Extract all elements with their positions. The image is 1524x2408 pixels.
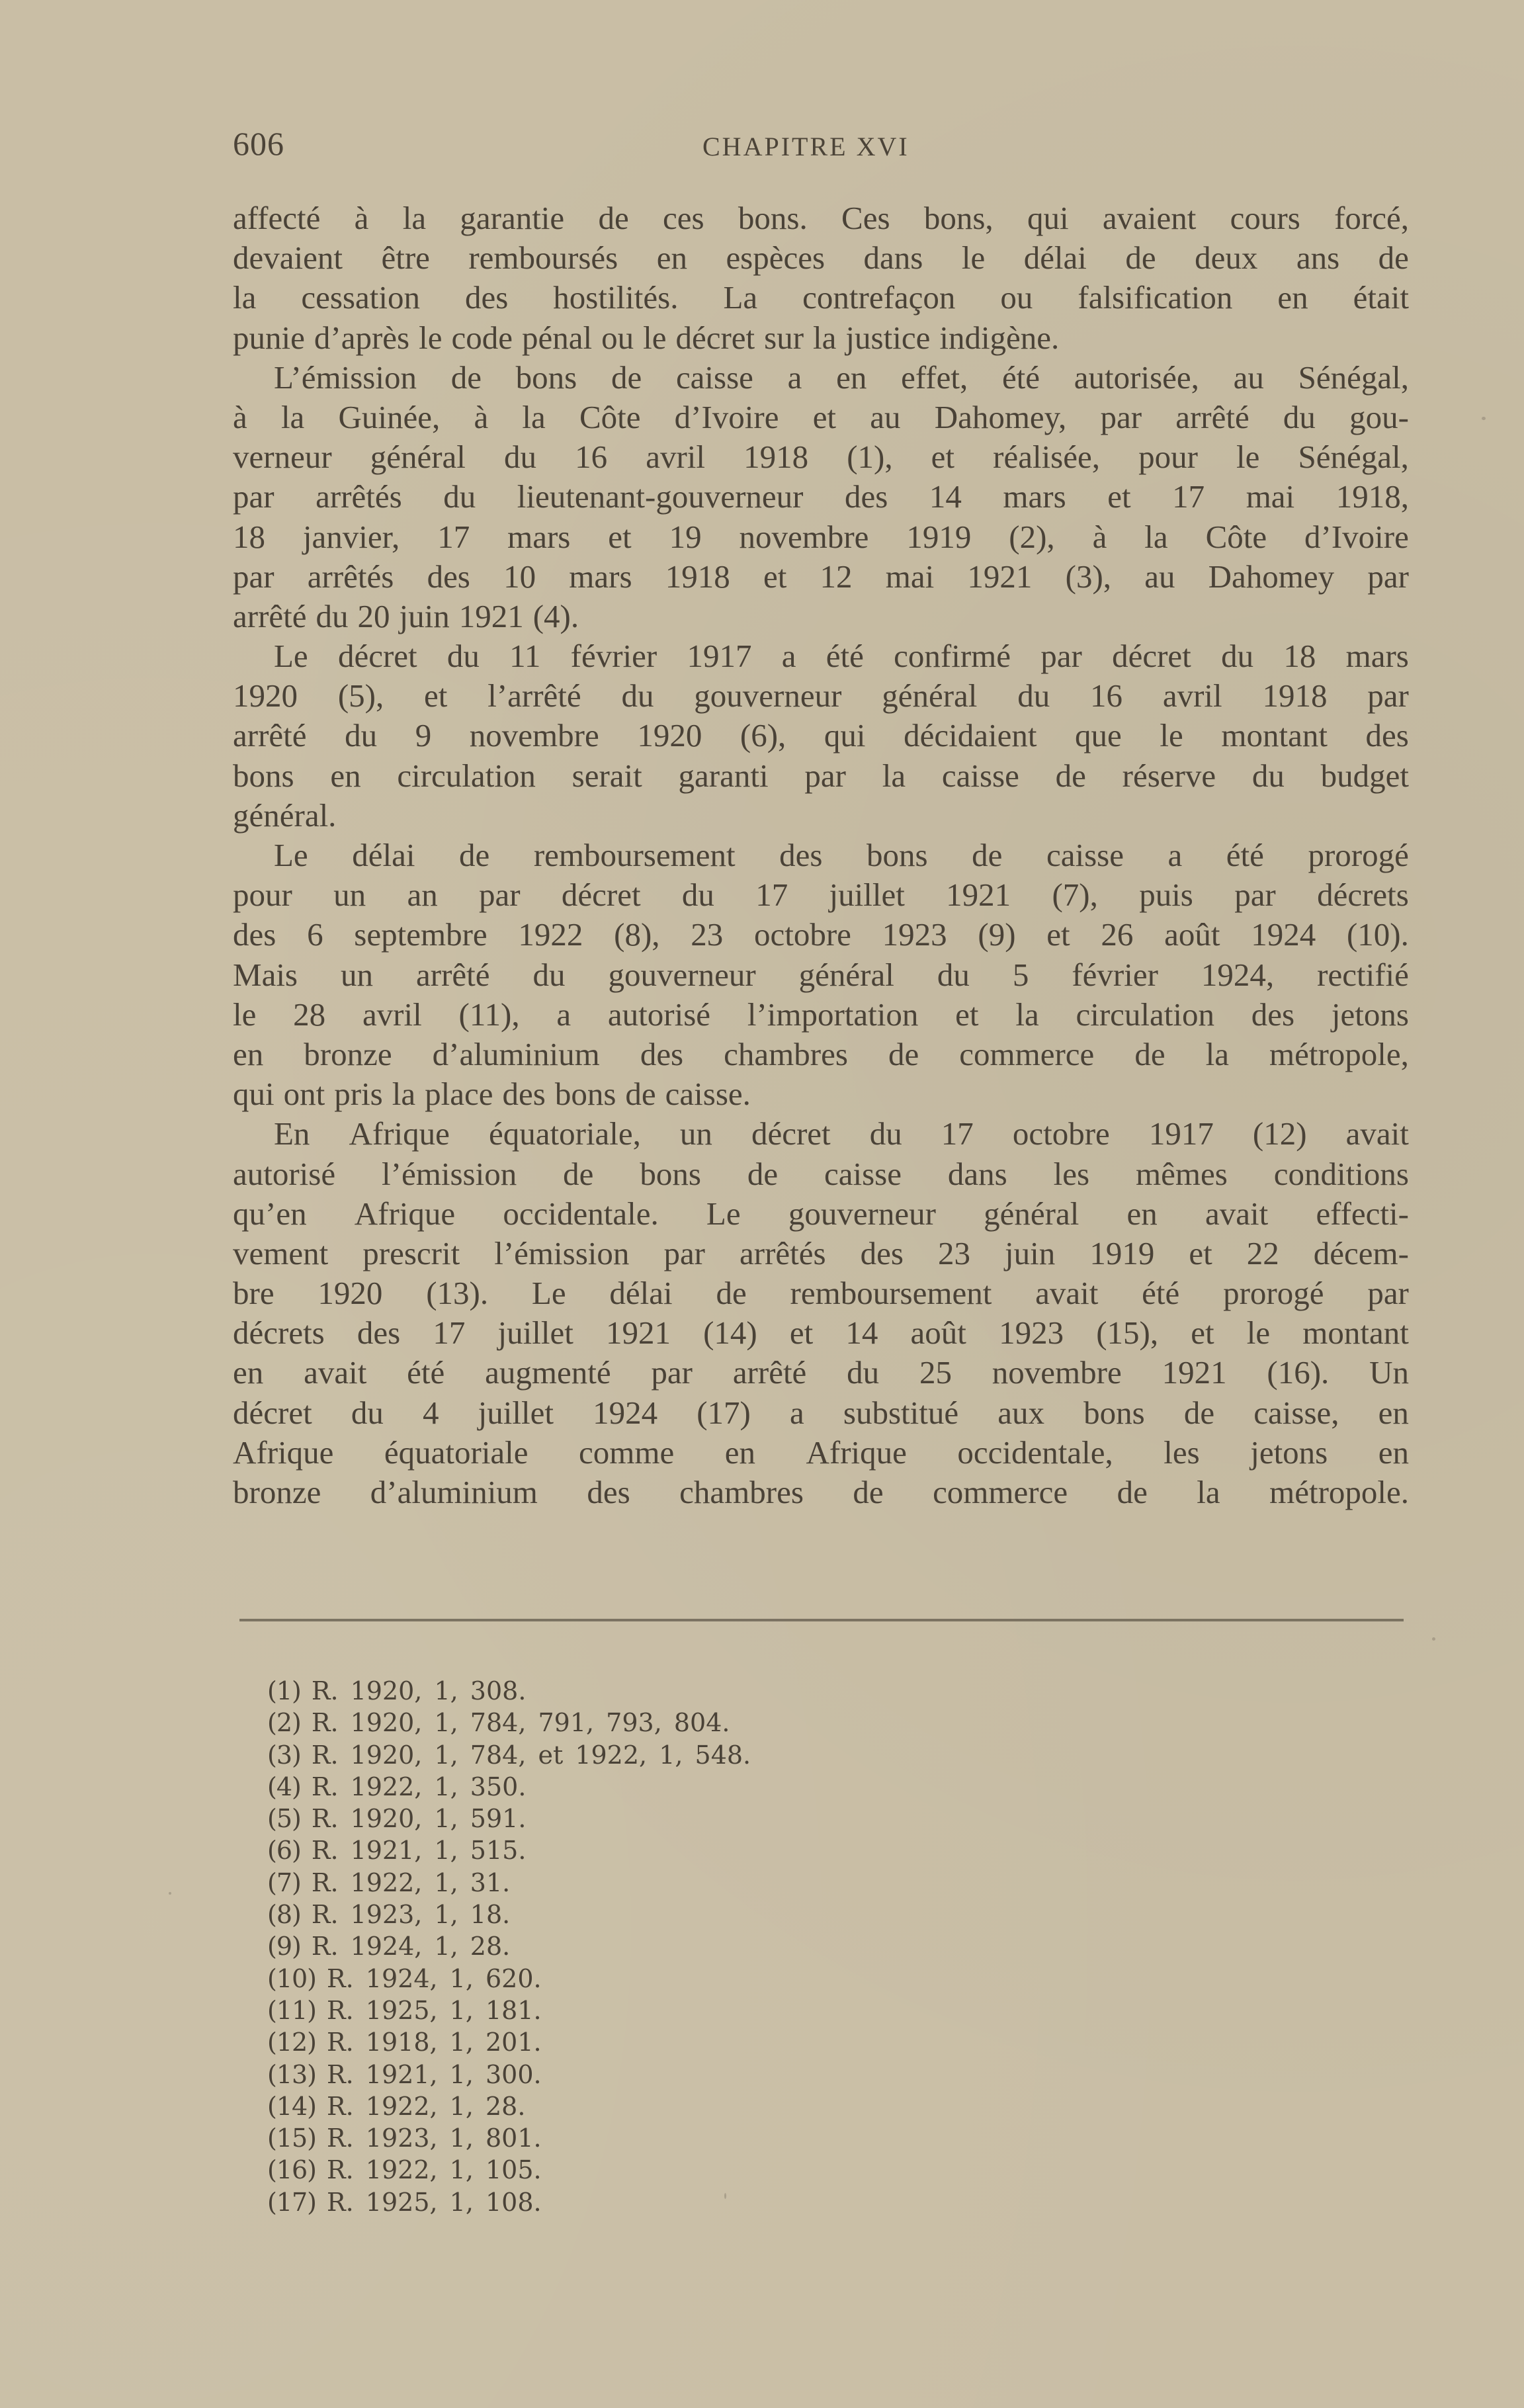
footnote: (2)R. 1920, 1, 784, 791, 793, 804. bbox=[267, 1707, 751, 1739]
text-line: pararrêtésdulieutenant-gouverneurdes14ma… bbox=[233, 477, 1409, 517]
word: la bbox=[403, 198, 426, 238]
running-head: 606 CHAPITRE XVI bbox=[233, 124, 1408, 164]
word: gouverneur bbox=[694, 676, 841, 716]
word: par bbox=[1040, 636, 1082, 676]
text-line: enavaitétéaugmentépararrêtédu25novembre1… bbox=[233, 1353, 1409, 1393]
word: jetons bbox=[1250, 1433, 1328, 1473]
word: décidaient bbox=[904, 716, 1037, 755]
word: juin bbox=[1005, 1234, 1055, 1273]
word: la bbox=[1206, 1035, 1229, 1074]
word: jetons bbox=[1332, 995, 1409, 1035]
text-line: Ledélaideremboursementdesbonsdecaisseaét… bbox=[233, 836, 1409, 875]
word: novembre bbox=[740, 517, 869, 557]
word: métropole, bbox=[1269, 1035, 1409, 1074]
word: Dahomey bbox=[1208, 557, 1335, 597]
word: arrêtés bbox=[740, 1234, 826, 1273]
word: avait bbox=[304, 1353, 366, 1393]
word: mai bbox=[886, 557, 934, 597]
word: 16 bbox=[575, 437, 607, 477]
word: des bbox=[779, 836, 822, 875]
text-line: pourunanpardécretdu17juillet1921(7),puis… bbox=[233, 875, 1409, 915]
footnote-reference: R. 1921, 1, 515. bbox=[312, 1834, 527, 1866]
word: le bbox=[1236, 437, 1259, 477]
word: gouverneur bbox=[609, 955, 756, 995]
word: du bbox=[351, 1393, 384, 1433]
word: 9 bbox=[415, 716, 432, 755]
word: chambres bbox=[724, 1035, 848, 1074]
word: du bbox=[870, 1114, 902, 1154]
word: été bbox=[407, 1353, 444, 1393]
word: délai bbox=[609, 1273, 672, 1313]
word: d’Ivoire bbox=[1304, 517, 1409, 557]
text-line: àlaGuinée,àlaCôted’IvoireetauDahomey,par… bbox=[233, 398, 1409, 437]
word: du bbox=[504, 437, 536, 477]
text-line: le28avril(11),aautorisél’importationetla… bbox=[233, 995, 1409, 1035]
chapter-title: CHAPITRE XVI bbox=[702, 131, 910, 162]
footnote-reference: R. 1921, 1, 300. bbox=[327, 2059, 542, 2090]
word: bons. bbox=[738, 198, 808, 238]
word: métropole. bbox=[1269, 1473, 1409, 1512]
word: 1919 bbox=[1089, 1234, 1154, 1273]
word: affecté bbox=[233, 198, 320, 238]
word: puis bbox=[1139, 875, 1193, 915]
word: un bbox=[333, 875, 366, 915]
word: Afrique bbox=[349, 1114, 450, 1154]
text-line: bre1920(13).Ledélaideremboursementavaité… bbox=[233, 1273, 1409, 1313]
word: réserve bbox=[1122, 756, 1216, 796]
text-line: bronzed’aluminiumdeschambresdecommercede… bbox=[233, 1473, 1409, 1512]
word: qu’en bbox=[233, 1194, 307, 1234]
footnote: (17)R. 1925, 1, 108. bbox=[267, 2186, 751, 2218]
text-line: 1920(5),etl’arrêtédugouverneurgénéraldu1… bbox=[233, 676, 1409, 716]
word: du bbox=[847, 1353, 879, 1393]
word: qui bbox=[233, 1074, 275, 1114]
word: bons bbox=[867, 836, 928, 875]
word: 1923 bbox=[882, 915, 947, 955]
footnote-reference: R. 1920, 1, 784, 791, 793, 804. bbox=[312, 1707, 730, 1739]
word: janvier, bbox=[303, 517, 400, 557]
word: Côte bbox=[1206, 517, 1267, 557]
word: d’aluminium bbox=[370, 1473, 538, 1512]
word: 6 bbox=[307, 915, 323, 955]
word: 12 bbox=[820, 557, 853, 597]
word: effet, bbox=[901, 358, 968, 398]
word: prescrit bbox=[362, 1234, 460, 1273]
footnote: (5)R. 1920, 1, 591. bbox=[267, 1803, 751, 1834]
word: contrefaçon bbox=[802, 278, 955, 318]
word: la bbox=[392, 1074, 415, 1114]
footnote-reference: R. 1922, 1, 105. bbox=[327, 2154, 542, 2186]
word: par bbox=[1367, 557, 1409, 597]
footnote-number: (10) bbox=[267, 1963, 316, 1995]
word: la bbox=[281, 398, 304, 437]
footnote-number: (3) bbox=[267, 1739, 301, 1771]
word: gouverneur bbox=[788, 1194, 936, 1234]
word: octobre bbox=[1013, 1114, 1110, 1154]
footnote-reference: R. 1922, 1, 28. bbox=[327, 2090, 525, 2122]
text-line: 18janvier,17marset19novembre1919(2),àlaC… bbox=[233, 517, 1409, 557]
word: en bbox=[233, 1035, 263, 1074]
word: en bbox=[233, 1353, 263, 1393]
word: 14 bbox=[845, 1313, 878, 1353]
word: (1), bbox=[847, 437, 892, 477]
word: en bbox=[1378, 1433, 1409, 1473]
word: de bbox=[598, 198, 628, 238]
word: du bbox=[345, 716, 377, 755]
word: avaient bbox=[1103, 198, 1196, 238]
word: autorisé bbox=[233, 1154, 335, 1194]
text-line: qu’enAfriqueoccidentale.Legouverneurgéné… bbox=[233, 1194, 1409, 1234]
word: décrets bbox=[1317, 875, 1409, 915]
footnote-number: (13) bbox=[267, 2059, 316, 2090]
word: pour bbox=[233, 875, 292, 915]
word: avril bbox=[362, 995, 422, 1035]
word: pour bbox=[1138, 437, 1198, 477]
word: été bbox=[1002, 358, 1040, 398]
word: 17 bbox=[433, 1313, 465, 1353]
word: occidentale, bbox=[957, 1433, 1113, 1473]
word: 11 bbox=[509, 636, 540, 676]
word: qui bbox=[824, 716, 866, 755]
word: 18 bbox=[1283, 636, 1316, 676]
word: effecti- bbox=[1316, 1194, 1409, 1234]
word: décret bbox=[751, 1114, 831, 1154]
word: arrêté bbox=[416, 955, 490, 995]
word: avait bbox=[1205, 1194, 1268, 1234]
word: 16 bbox=[1090, 676, 1122, 716]
word: décret bbox=[1112, 636, 1191, 676]
word: des bbox=[465, 278, 508, 318]
word: par bbox=[1234, 875, 1276, 915]
word: caisse bbox=[676, 358, 753, 398]
word: octobre bbox=[754, 915, 851, 955]
word: de bbox=[1117, 1473, 1148, 1512]
word: le bbox=[233, 995, 256, 1035]
word: février bbox=[1072, 955, 1158, 995]
word: par bbox=[233, 477, 275, 517]
word: le bbox=[643, 318, 666, 358]
word: le bbox=[962, 238, 985, 278]
word: bons bbox=[640, 1154, 701, 1194]
word: des bbox=[1251, 995, 1294, 1035]
footnote-reference: R. 1920, 1, 591. bbox=[312, 1803, 527, 1834]
word: bons bbox=[516, 358, 577, 398]
text-line: L’émissiondebonsdecaisseaeneffet,étéauto… bbox=[233, 358, 1409, 398]
word: 22 bbox=[1247, 1234, 1279, 1273]
text-line: bonsencirculationseraitgarantiparlacaiss… bbox=[233, 756, 1409, 796]
word: de bbox=[716, 1273, 746, 1313]
word: la bbox=[1197, 1473, 1220, 1512]
word: et bbox=[1189, 1234, 1212, 1273]
page-number: 606 bbox=[233, 124, 284, 163]
word: 1917 bbox=[1149, 1114, 1214, 1154]
word: qui bbox=[1027, 198, 1069, 238]
word: général bbox=[984, 1194, 1079, 1234]
word: au bbox=[1234, 358, 1264, 398]
word: l’arrêté bbox=[487, 676, 581, 716]
word: chambres bbox=[679, 1473, 804, 1512]
word: arrêtés bbox=[308, 557, 394, 597]
word: et bbox=[1191, 1313, 1214, 1353]
word: 1921 bbox=[967, 557, 1032, 597]
word: décem- bbox=[1314, 1234, 1409, 1273]
word: d’après bbox=[314, 318, 409, 358]
word: Guinée, bbox=[339, 398, 441, 437]
word: ont bbox=[284, 1074, 325, 1114]
word: 1918 bbox=[665, 557, 730, 597]
word: par bbox=[233, 557, 275, 597]
word: de bbox=[459, 836, 489, 875]
footnote-divider bbox=[239, 1619, 1404, 1621]
word: (6), bbox=[740, 716, 786, 755]
word: indigène. bbox=[939, 318, 1059, 358]
word: et bbox=[1046, 915, 1070, 955]
word: les bbox=[1164, 1433, 1199, 1473]
footnote: (6)R. 1921, 1, 515. bbox=[267, 1834, 751, 1866]
word: Le bbox=[274, 836, 308, 875]
word: 26 bbox=[1101, 915, 1133, 955]
word: équatoriale, bbox=[489, 1114, 641, 1154]
word: des bbox=[357, 1313, 400, 1353]
word: arrêté bbox=[233, 597, 307, 636]
paper-speck bbox=[1432, 1637, 1435, 1641]
word: (2), bbox=[1009, 517, 1054, 557]
word: 1924 bbox=[1251, 915, 1316, 955]
text-line: affectéàlagarantiedecesbons.Cesbons,quia… bbox=[233, 198, 1409, 238]
word: ou bbox=[601, 318, 634, 358]
word: en bbox=[1378, 1393, 1409, 1433]
word: juillet bbox=[478, 1393, 554, 1433]
word: des bbox=[845, 477, 888, 517]
word: Ces bbox=[841, 198, 890, 238]
word: mars bbox=[507, 517, 570, 557]
word: Côte bbox=[579, 398, 641, 437]
word: caisse bbox=[1046, 836, 1124, 875]
word: 23 bbox=[691, 915, 723, 955]
word: garantie bbox=[460, 198, 564, 238]
word: (10). bbox=[1347, 915, 1409, 955]
word: L’émission bbox=[274, 358, 417, 398]
footnote-number: (8) bbox=[267, 1899, 301, 1930]
word: bronze bbox=[233, 1473, 321, 1512]
word: (12) bbox=[1253, 1114, 1307, 1154]
word: 1917 bbox=[687, 636, 751, 676]
word: (8), bbox=[614, 915, 659, 955]
word: remboursés bbox=[468, 238, 618, 278]
word: commerce bbox=[933, 1473, 1068, 1512]
word: (5), bbox=[338, 676, 384, 716]
word: et bbox=[608, 517, 631, 557]
word: dans bbox=[948, 1154, 1007, 1194]
word: de bbox=[747, 1154, 778, 1194]
text-line: quiontprislaplacedesbonsdecaisse. bbox=[233, 1074, 1409, 1114]
word: Afrique bbox=[806, 1433, 907, 1473]
word: circulation bbox=[1076, 995, 1214, 1035]
word: 19 bbox=[669, 517, 702, 557]
word: caisse, bbox=[1253, 1393, 1339, 1433]
word: autorisée, bbox=[1074, 358, 1199, 398]
word: par bbox=[804, 756, 846, 796]
word: 17 bbox=[437, 517, 470, 557]
body-text: affectéàlagarantiedecesbons.Cesbons,quia… bbox=[233, 198, 1409, 1512]
word: caisse bbox=[824, 1154, 902, 1194]
word: 10 bbox=[503, 557, 536, 597]
word: (15), bbox=[1096, 1313, 1158, 1353]
word: délai bbox=[352, 836, 415, 875]
word: général bbox=[882, 676, 977, 716]
word: 1918 bbox=[743, 437, 808, 477]
footnote: (13)R. 1921, 1, 300. bbox=[267, 2059, 751, 2090]
word: caisse bbox=[942, 756, 1019, 796]
text-line: arrêtédu20juin1921(4). bbox=[233, 597, 1409, 636]
word: remboursement bbox=[534, 836, 736, 875]
word: 20 bbox=[358, 597, 390, 636]
word: 14 bbox=[929, 477, 962, 517]
word: de bbox=[563, 1154, 593, 1194]
word: le bbox=[1247, 1313, 1270, 1353]
footnote-reference: R. 1924, 1, 28. bbox=[312, 1930, 510, 1962]
word: des bbox=[427, 557, 470, 597]
word: cours bbox=[1230, 198, 1300, 238]
word: augmenté bbox=[485, 1353, 611, 1393]
paper-speck bbox=[1482, 417, 1486, 420]
word: montant bbox=[1221, 716, 1328, 755]
text-line: lacessationdeshostilités.Lacontrefaçonou… bbox=[233, 278, 1409, 318]
word: à bbox=[474, 398, 488, 437]
word: en bbox=[1277, 278, 1308, 318]
word: aux bbox=[997, 1393, 1044, 1433]
word: du bbox=[316, 597, 349, 636]
text-line: verneurgénéraldu16avril1918(1),etréalisé… bbox=[233, 437, 1409, 477]
paper-speck bbox=[724, 2193, 726, 2199]
word: prorogé bbox=[1308, 836, 1408, 875]
word: des bbox=[587, 1473, 630, 1512]
word: mai bbox=[1246, 477, 1294, 517]
footnote-number: (9) bbox=[267, 1930, 301, 1962]
word: falsification bbox=[1078, 278, 1232, 318]
word: bons bbox=[555, 1074, 616, 1114]
paragraph: Ledélaideremboursementdesbonsdecaisseaét… bbox=[233, 836, 1409, 1114]
word: 17 bbox=[941, 1114, 974, 1154]
word: avait bbox=[1035, 1273, 1098, 1313]
word: par bbox=[1367, 1273, 1409, 1313]
word: En bbox=[274, 1114, 310, 1154]
word: été bbox=[826, 636, 864, 676]
word: bons bbox=[233, 756, 294, 796]
word: des bbox=[861, 1234, 904, 1273]
word: et bbox=[424, 676, 447, 716]
word: juillet bbox=[829, 875, 905, 915]
word: décret bbox=[338, 636, 417, 676]
word: Afrique bbox=[355, 1194, 455, 1234]
text-line: décretsdes17juillet1921(14)et14août1923(… bbox=[233, 1313, 1409, 1353]
word: Le bbox=[706, 1194, 741, 1234]
word: 1924, bbox=[1201, 955, 1274, 995]
footnote-number: (14) bbox=[267, 2090, 316, 2122]
word: remboursement bbox=[790, 1273, 992, 1313]
footnote-reference: R. 1922, 1, 31. bbox=[312, 1867, 510, 1899]
word: 1920 bbox=[317, 1273, 382, 1313]
word: rectifié bbox=[1317, 955, 1409, 995]
book-page: 606 CHAPITRE XVI affectéàlagarantiedeces… bbox=[0, 0, 1524, 2408]
word: pénal bbox=[522, 318, 592, 358]
text-line: des6septembre1922(8),23octobre1923(9)et2… bbox=[233, 915, 1409, 955]
word: été bbox=[1226, 836, 1264, 875]
word: juin bbox=[400, 597, 450, 636]
footnote: (12)R. 1918, 1, 201. bbox=[267, 2026, 751, 2058]
footnote-number: (11) bbox=[267, 1995, 316, 2026]
word: Le bbox=[274, 636, 308, 676]
text-line: EnAfriqueéquatoriale,undécretdu17octobre… bbox=[233, 1114, 1409, 1154]
word: autorisé bbox=[608, 995, 710, 1035]
paragraph: Ledécretdu11février1917aétéconfirmépardé… bbox=[233, 636, 1409, 836]
footnote-reference: R. 1925, 1, 181. bbox=[327, 1995, 542, 2026]
word: un bbox=[680, 1114, 712, 1154]
footnote-number: (1) bbox=[267, 1675, 301, 1707]
word: 25 bbox=[919, 1353, 952, 1393]
word: punie bbox=[233, 318, 305, 358]
word: 1923 bbox=[999, 1313, 1064, 1353]
word: Sénégal, bbox=[1298, 437, 1408, 477]
word: verneur bbox=[233, 437, 332, 477]
word: le bbox=[419, 318, 442, 358]
word: La bbox=[723, 278, 757, 318]
word: 18 bbox=[233, 517, 265, 557]
word: par bbox=[663, 1234, 705, 1273]
footnote-reference: R. 1918, 1, 201. bbox=[327, 2026, 542, 2058]
word: en bbox=[330, 756, 360, 796]
paper-speck bbox=[169, 1892, 171, 1895]
word: 1922 bbox=[518, 915, 583, 955]
word: budget bbox=[1321, 756, 1409, 796]
word: la bbox=[1144, 517, 1167, 557]
word: 1921 bbox=[606, 1313, 671, 1353]
word: juillet bbox=[498, 1313, 573, 1353]
word: du bbox=[1221, 636, 1253, 676]
word: la bbox=[233, 278, 256, 318]
word: du bbox=[443, 477, 476, 517]
footnote: (3)R. 1920, 1, 784, et 1922, 1, 548. bbox=[267, 1739, 751, 1771]
word: espèces bbox=[726, 238, 825, 278]
word: place bbox=[425, 1074, 493, 1114]
word: en bbox=[1127, 1194, 1158, 1234]
word: hostilités. bbox=[553, 278, 678, 318]
footnote-number: (15) bbox=[267, 2122, 316, 2154]
word: de bbox=[1184, 1393, 1214, 1433]
word: 17 bbox=[755, 875, 788, 915]
word: et bbox=[1107, 477, 1130, 517]
word: de bbox=[1134, 1035, 1165, 1074]
word: (17) bbox=[697, 1393, 751, 1433]
word: garanti bbox=[679, 756, 769, 796]
word: de bbox=[1378, 238, 1409, 278]
word: arrêté bbox=[233, 716, 307, 755]
word: 1918, bbox=[1336, 477, 1409, 517]
word: justice bbox=[845, 318, 930, 358]
word: ans bbox=[1296, 238, 1339, 278]
word: la bbox=[1015, 995, 1038, 1035]
word: montant bbox=[1302, 1313, 1409, 1353]
word: de bbox=[853, 1473, 883, 1512]
word: 5 bbox=[1013, 955, 1029, 995]
word: pris bbox=[334, 1074, 383, 1114]
word: prorogé bbox=[1223, 1273, 1324, 1313]
word: du bbox=[1017, 676, 1050, 716]
word: Dahomey, bbox=[935, 398, 1067, 437]
word: a bbox=[1168, 836, 1183, 875]
word: équatoriale bbox=[384, 1433, 529, 1473]
word: novembre bbox=[470, 716, 599, 755]
